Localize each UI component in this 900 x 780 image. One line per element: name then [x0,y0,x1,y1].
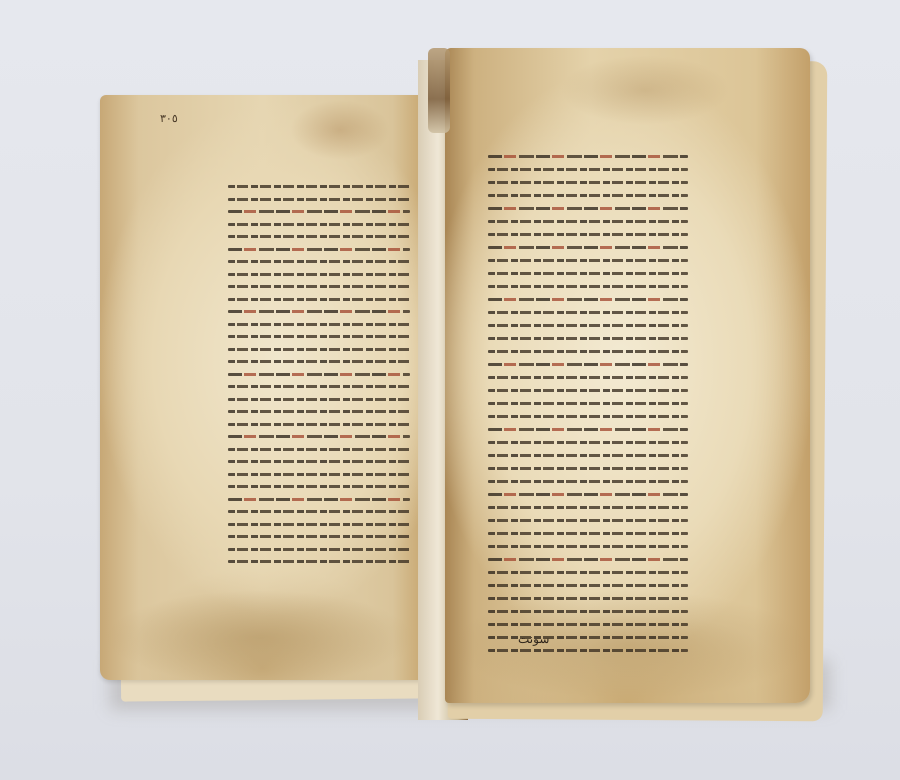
stain-right-top [560,55,730,125]
catchword: سونت [518,632,549,646]
left-text-block [228,185,410,573]
right-text-block [488,155,688,662]
binding-threads [428,48,450,133]
stain-left-top [290,100,390,160]
folio-number: ٣٠٥ [160,112,178,125]
water-stain-left-bottom [105,590,415,685]
